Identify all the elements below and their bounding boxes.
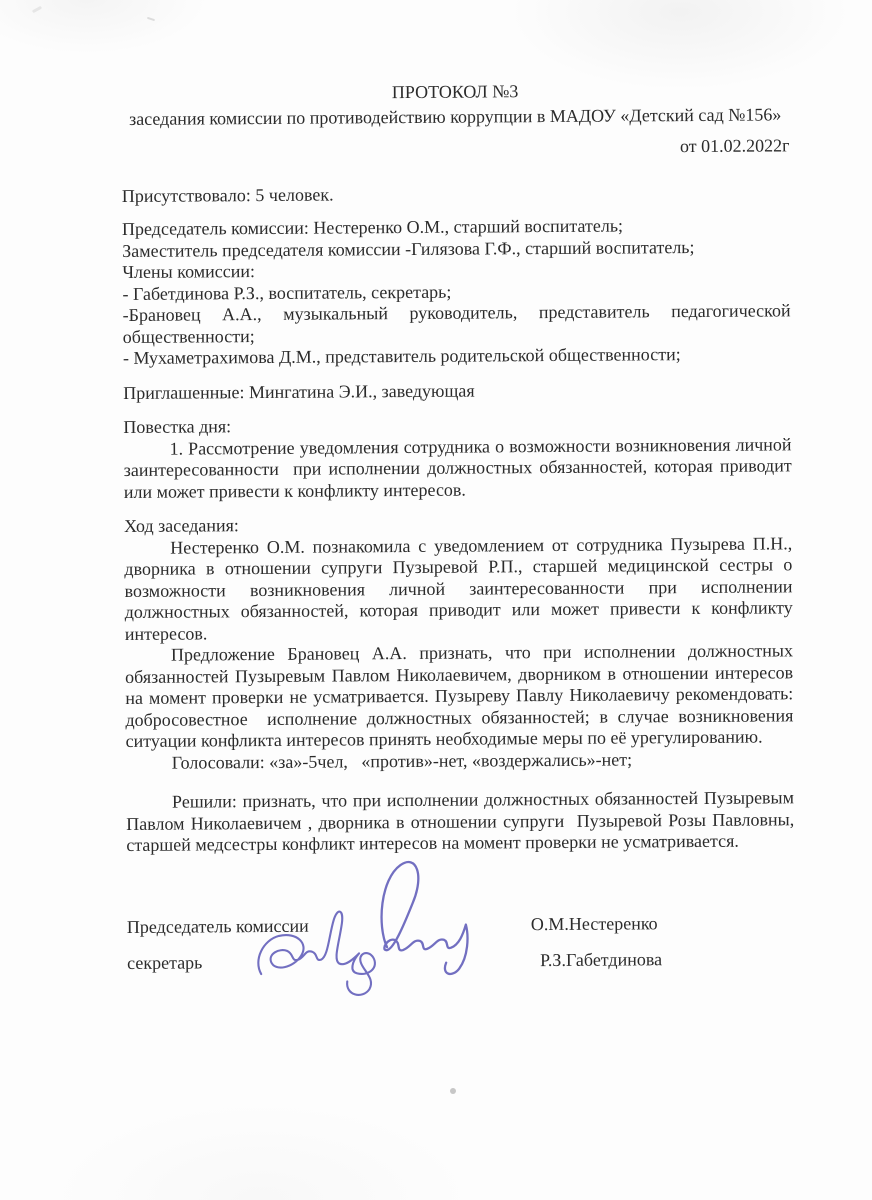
proceedings-paragraph-2: Предложение Брановец А.А. признать, что …: [125, 640, 794, 752]
document-content: ПРОТОКОЛ №3 заседания комиссии по против…: [121, 79, 796, 1046]
attendance-line: Присутствовало: 5 человек.: [122, 181, 790, 207]
committee-list: Председатель комиссии: Нестеренко О.М., …: [122, 214, 791, 369]
signature-name: Р.З.Габетдинова: [540, 949, 662, 971]
committee-line: - Мухаметрахимова Д.М., представитель ро…: [123, 343, 791, 369]
scan-speck: [450, 1088, 456, 1094]
document-subtitle: заседания комиссии по противодействию ко…: [121, 104, 789, 130]
agenda-item: 1. Рассмотрение уведомления сотрудника о…: [123, 434, 791, 503]
signature-role: секретарь: [127, 950, 531, 974]
signature-row-chairman: Председатель комиссии О.М.Нестеренко: [127, 912, 795, 938]
document-title: ПРОТОКОЛ №3: [121, 79, 789, 105]
scan-speck: [32, 6, 42, 13]
signature-name: О.М.Нестеренко: [531, 913, 658, 935]
document-date: от 01.02.2022г: [121, 135, 789, 161]
signature-role: Председатель комиссии: [127, 914, 531, 938]
voting-line: Голосовали: «за»-5чел, «против»-нет, «во…: [126, 748, 794, 774]
proceedings-paragraph-1: Нестеренко О.М. познакомила с уведомлени…: [124, 533, 793, 645]
decision-paragraph: Решили: признать, что при исполнении дол…: [126, 787, 794, 856]
signature-row-secretary: секретарь Р.З.Габетдинова: [127, 948, 795, 974]
signature-block: Председатель комиссии О.М.Нестеренко сек…: [127, 912, 796, 1047]
scan-speck: [147, 17, 155, 21]
scanned-document-page: ПРОТОКОЛ №3 заседания комиссии по против…: [0, 0, 872, 1200]
invited-line: Приглашенные: Мингатина Э.И., заведующая: [123, 378, 791, 404]
